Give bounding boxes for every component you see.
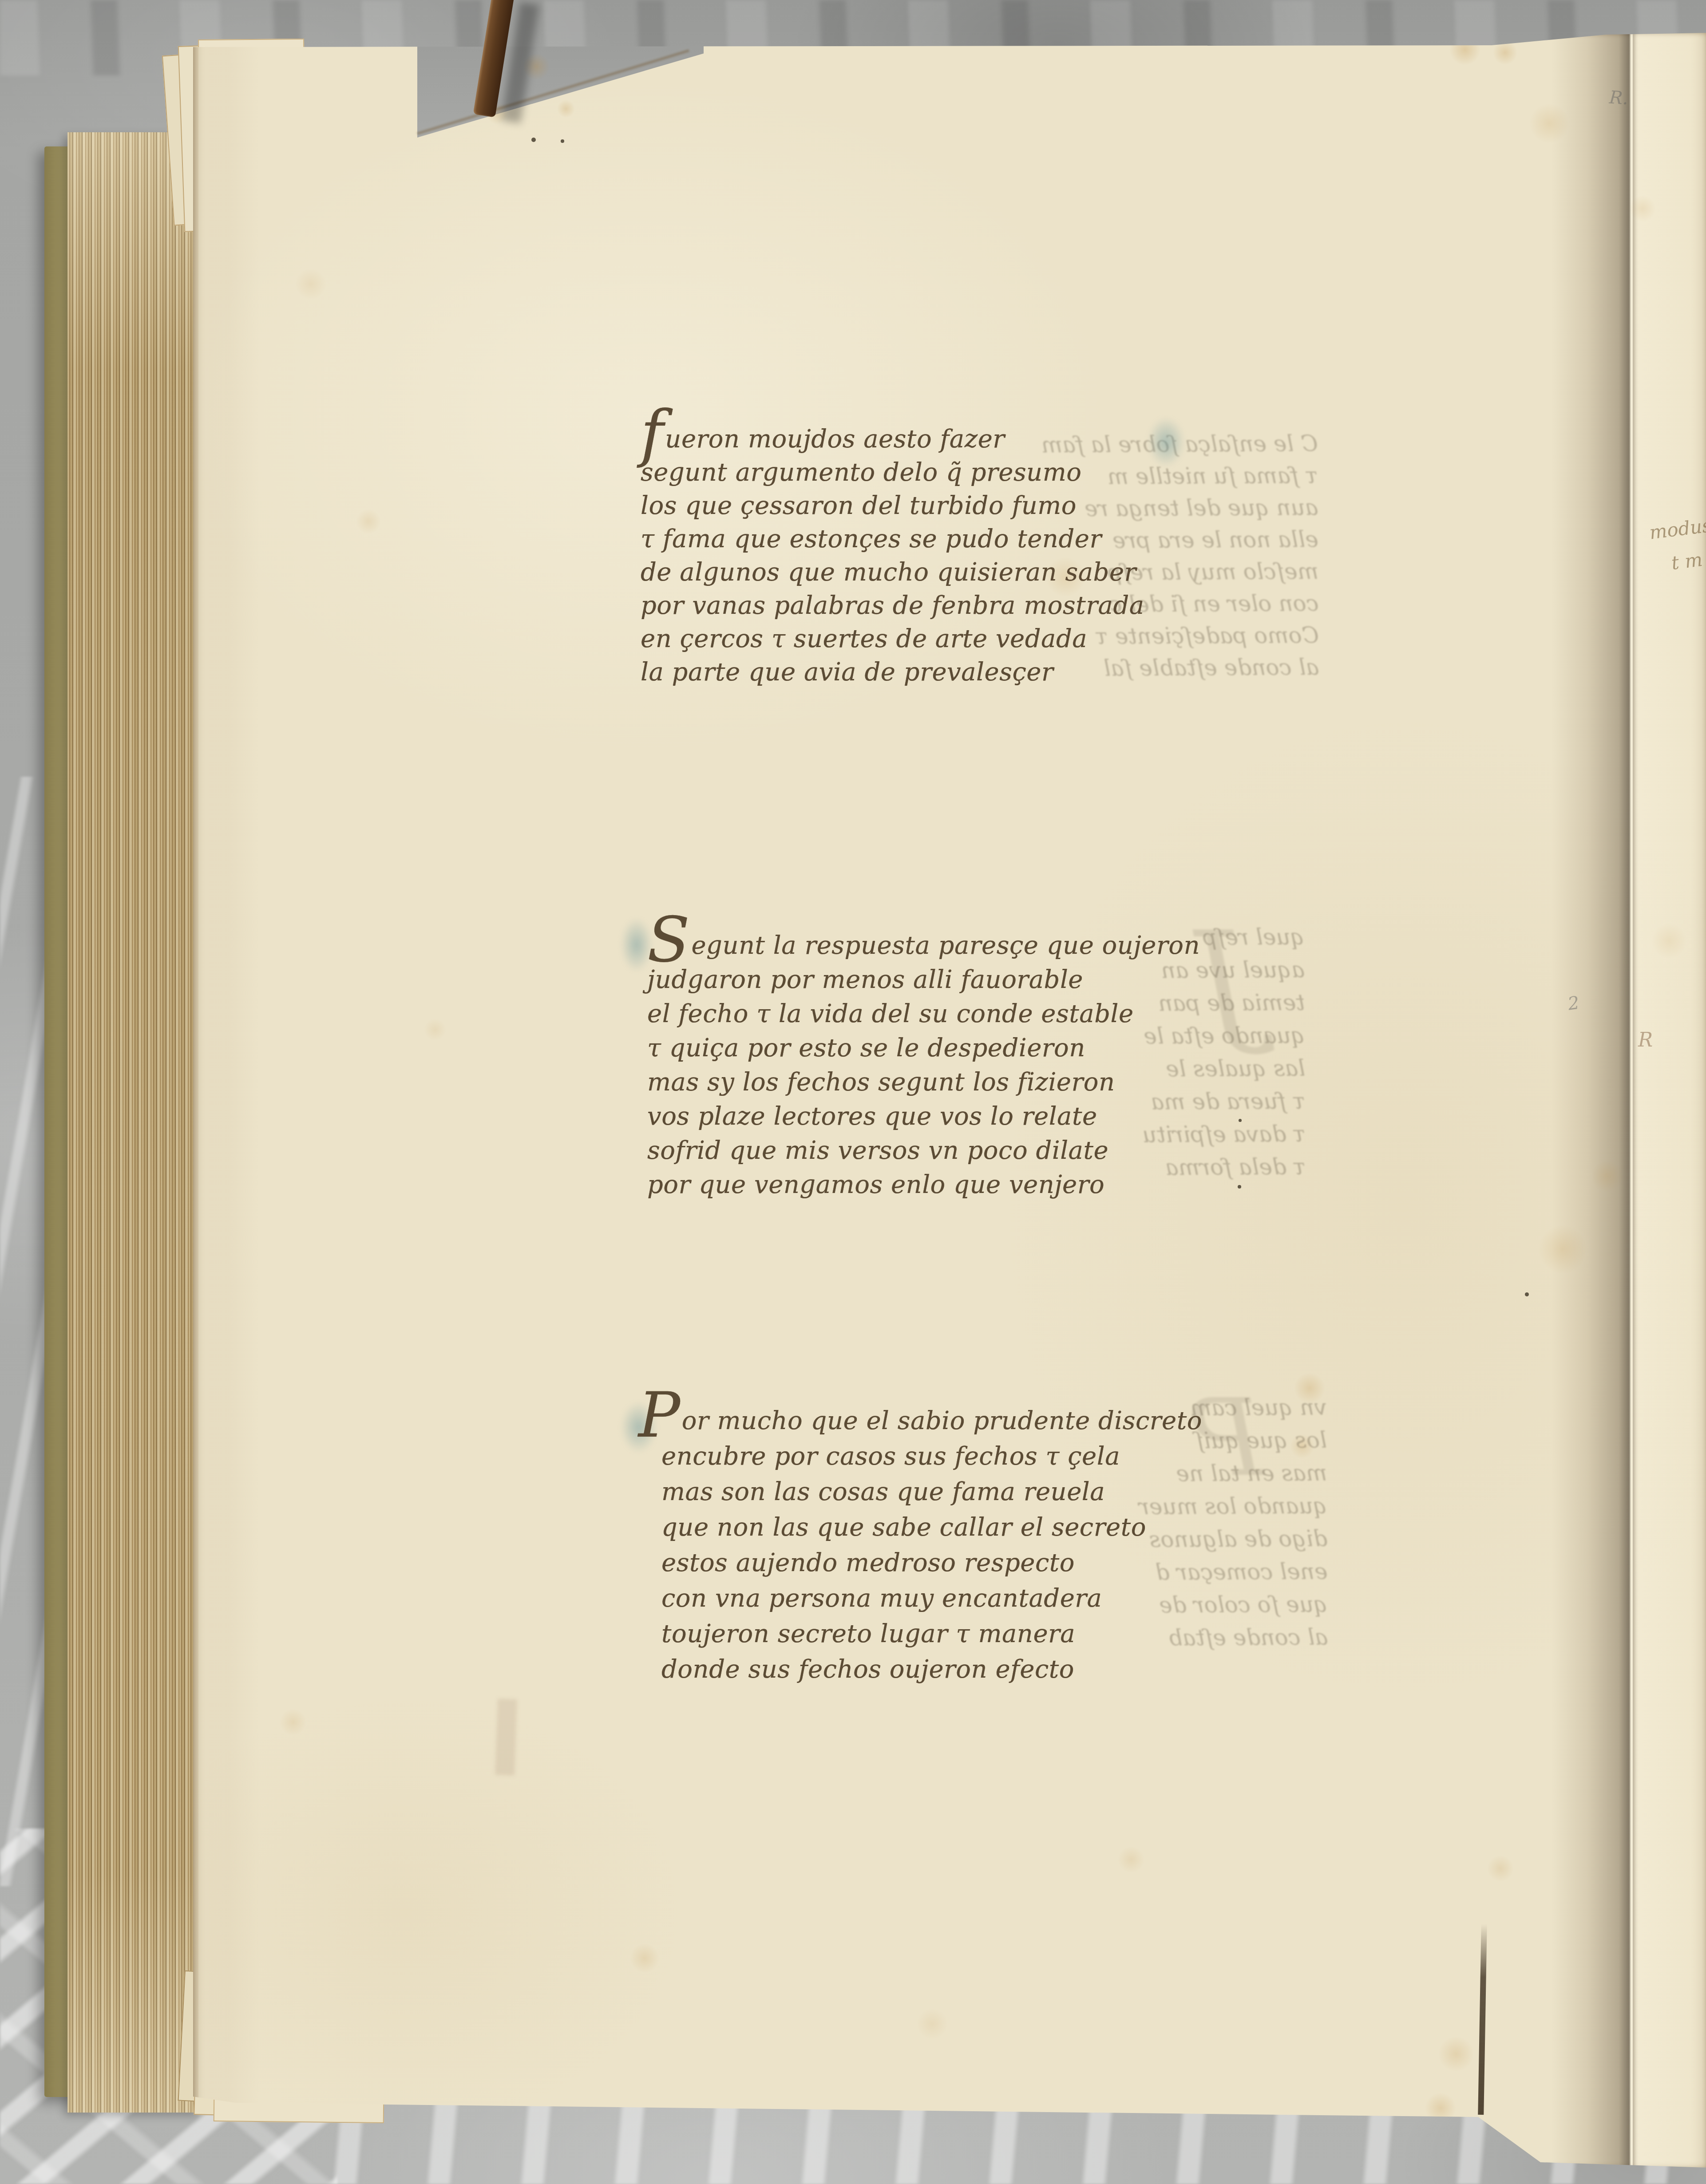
verse-line: por vanas palabras de fenbra mostrada: [641, 589, 1144, 622]
verse-line: segunt argumento delo q̃ presumo: [641, 456, 1144, 489]
verse-line: con vna persona muy encantadera: [661, 1581, 1202, 1616]
verse-line: mas sy los fechos segunt los fizieron: [647, 1065, 1200, 1099]
verse-line: fueron moujdos aesto fazer: [641, 423, 1144, 456]
verse-line: estos aujendo medroso respecto: [661, 1545, 1202, 1581]
verse-line: judgaron por menos alli fauorable: [647, 963, 1200, 997]
foxing-stain: [356, 509, 381, 534]
page-stack-fore-edge: [67, 132, 201, 2113]
stanza-1: fueron moujdos aesto fazersegunt argumen…: [641, 423, 1144, 689]
foxing-stain: [630, 1943, 659, 1973]
gutter-shadow: [1552, 32, 1631, 2169]
ink-mark-mid: R: [1638, 1029, 1653, 1051]
dust-speck: [1239, 1119, 1242, 1122]
verse-line: que non las que sabe callar el secreto: [661, 1510, 1202, 1545]
verse-line: Por mucho que el sabio prudente discreto: [661, 1403, 1202, 1439]
verse-line: por que vengamos enlo que venjero: [647, 1168, 1200, 1202]
verse-line: donde sus fechos oujeron efecto: [661, 1652, 1202, 1687]
next-leaf-edge: [1633, 32, 1706, 2169]
blue-paragraph-mark: [1148, 417, 1185, 467]
foxing-stain: [295, 269, 326, 300]
dust-speck: [1525, 1292, 1529, 1296]
verse-line: sofrid que mis versos vn poco dilate: [647, 1133, 1200, 1168]
foxing-stain: [1651, 923, 1687, 959]
manuscript-page: C le enſalça ſobre la famτ fama ſu nietl…: [193, 32, 1706, 2169]
dust-speck: [531, 138, 536, 142]
margin-note-line-2: t m: [1670, 549, 1704, 574]
foxing-stain: [1438, 2036, 1474, 2072]
foxing-stain: [1538, 1225, 1587, 1274]
verse-line: mas son las cosas que fama reuela: [661, 1474, 1202, 1510]
foxing-stain: [917, 2008, 948, 2039]
gutter-crack-shadow: [1478, 1924, 1487, 2115]
verse-line: en çercos τ suertes de arte vedada: [641, 622, 1144, 656]
stanza-3: Por mucho que el sabio prudente discreto…: [661, 1403, 1202, 1687]
foxing-stain: [424, 1019, 446, 1041]
ink-offset-smudge: [495, 1698, 517, 1775]
verse-line: Segunt la respuesta paresçe que oujeron: [647, 928, 1200, 963]
pencil-mark-top: R.: [1608, 87, 1629, 109]
manuscript-photograph: C le enſalça ſobre la famτ fama ſu nietl…: [0, 0, 1706, 2184]
verse-line: el fecho τ la vida del su conde estable: [647, 997, 1200, 1031]
dust-speck: [1238, 1185, 1241, 1189]
verse-line: vos plaze lectores que vos lo relate: [647, 1099, 1200, 1133]
verse-line: toujeron secreto lugar τ manera: [661, 1616, 1202, 1652]
foxing-stain: [1487, 1855, 1514, 1882]
verse-line: τ fama que estonçes se pudo tender: [641, 522, 1144, 556]
verse-line: los que çessaron del turbido fumo: [641, 489, 1144, 522]
verse-line: τ quiça por esto se le despedieron: [647, 1031, 1200, 1065]
foxing-stain: [1529, 103, 1569, 143]
foxing-stain: [1629, 195, 1656, 222]
dust-speck: [561, 139, 564, 143]
verse-line: la parte que avia de prevalesçer: [641, 656, 1144, 689]
foxing-stain: [1118, 1846, 1144, 1873]
foxing-stain: [280, 1709, 306, 1735]
foxing-stain: [1591, 1161, 1623, 1192]
verse-line: de algunos que mucho quisieran saber: [641, 556, 1144, 589]
foxing-stain: [557, 100, 575, 118]
verse-line: encubre por casos sus fechos τ çela: [661, 1439, 1202, 1474]
stanza-2: Segunt la respuesta paresçe que oujeronj…: [647, 928, 1200, 1202]
